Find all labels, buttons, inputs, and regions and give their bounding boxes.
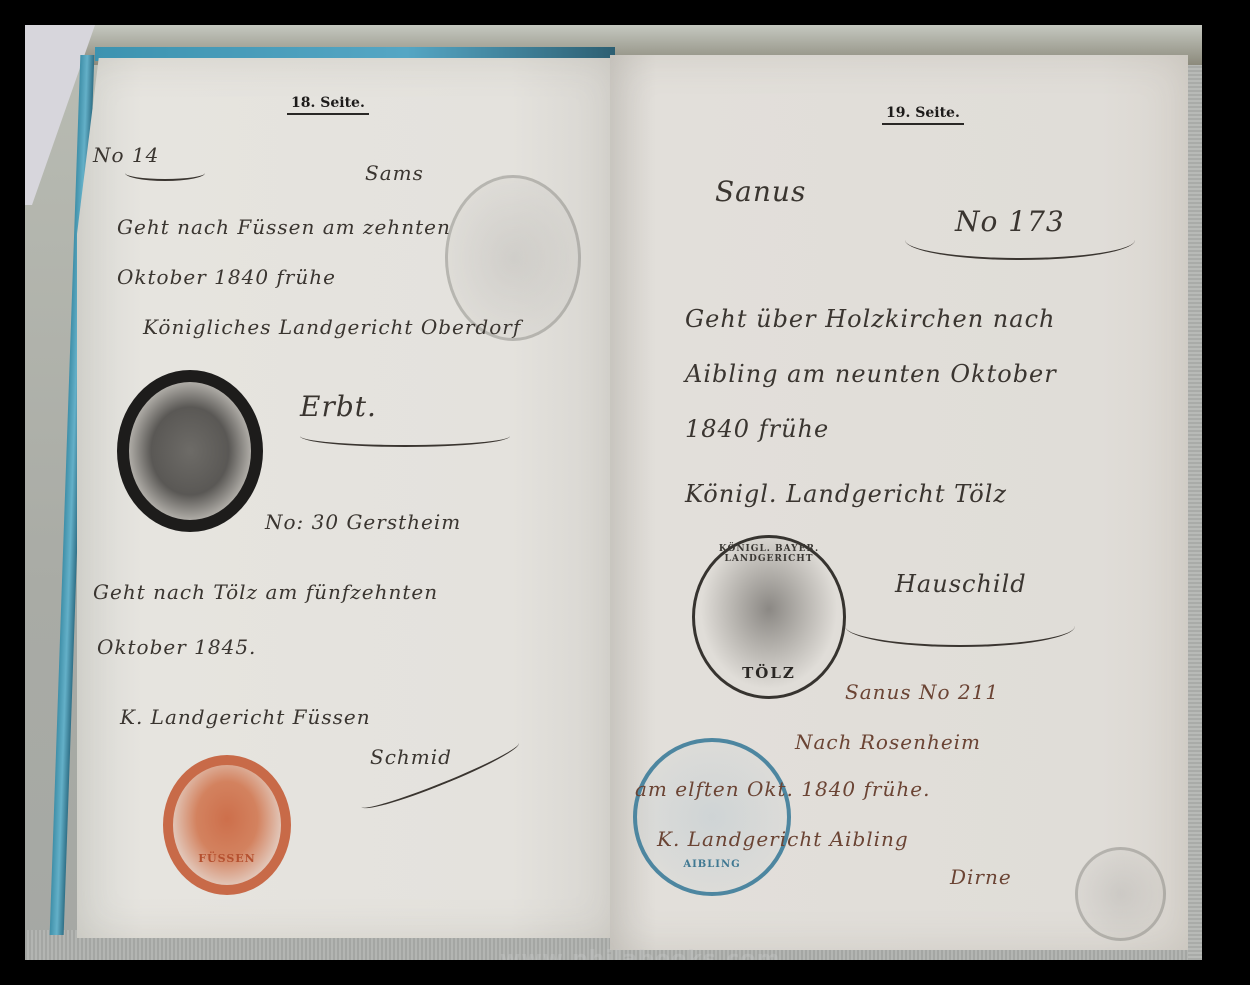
right-page-heading: 19. Seite. <box>882 105 964 125</box>
handwritten-line: K. Landgericht Aibling <box>657 827 909 851</box>
signature: Dirne <box>950 865 1012 889</box>
handwritten-line: Oktober 1845. <box>97 635 256 659</box>
signature: Erbt. <box>300 390 377 423</box>
entry-number: No: 30 Gerstheim <box>265 510 461 534</box>
stamp-place-name: FÜSSEN <box>173 852 281 865</box>
annotation: Sams <box>365 161 424 185</box>
black-royal-crest-stamp <box>117 370 263 532</box>
annotation: Sanus <box>715 175 806 208</box>
handwritten-line: Geht über Holzkirchen nach <box>685 305 1055 333</box>
signature: Hauschild <box>895 570 1027 598</box>
stamp-ring-text: KÖNIGL. BAYER. LANDGERICHT <box>695 544 843 564</box>
handwritten-line: K. Landgericht Füssen <box>120 705 371 729</box>
handwritten-line: Geht nach Tölz am fünfzehnten <box>93 580 438 604</box>
signature-flourish <box>845 605 1075 647</box>
toelz-court-stamp: KÖNIGL. BAYER. LANDGERICHT TÖLZ <box>692 535 846 699</box>
handwritten-line: 1840 frühe <box>685 415 829 443</box>
flourish <box>125 165 205 181</box>
stamp-place-name: TÖLZ <box>695 664 843 682</box>
signature-flourish <box>300 425 510 447</box>
fabric-background-right <box>1188 65 1202 960</box>
stamp-place-name: AIBLING <box>637 859 787 870</box>
number-flourish <box>905 220 1135 260</box>
handwritten-line: Geht nach Füssen am zehnten <box>117 215 451 239</box>
red-fuessen-stamp: FÜSSEN <box>163 755 291 895</box>
left-page-heading: 18. Seite. <box>287 95 369 115</box>
book-photograph: 18. Seite. No 14 Sams Geht nach Füssen a… <box>25 25 1202 960</box>
handwritten-line: am elften Okt. 1840 frühe. <box>635 777 930 801</box>
entry-number: No 14 <box>93 143 159 167</box>
annotation: Sanus No 211 <box>845 680 999 704</box>
handwritten-line: Aibling am neunten Oktober <box>685 360 1057 388</box>
handwritten-line: Oktober 1840 frühe <box>117 265 336 289</box>
handwritten-line: Königl. Landgericht Tölz <box>685 480 1007 508</box>
faint-gray-corner-stamp <box>1075 847 1166 941</box>
watermark-text: www.philabooks.com <box>500 947 780 960</box>
blue-aibling-stamp: AIBLING <box>633 738 791 896</box>
handwritten-line: Nach Rosenheim <box>795 730 981 754</box>
handwritten-line: Königliches Landgericht Oberdorf <box>143 315 521 339</box>
